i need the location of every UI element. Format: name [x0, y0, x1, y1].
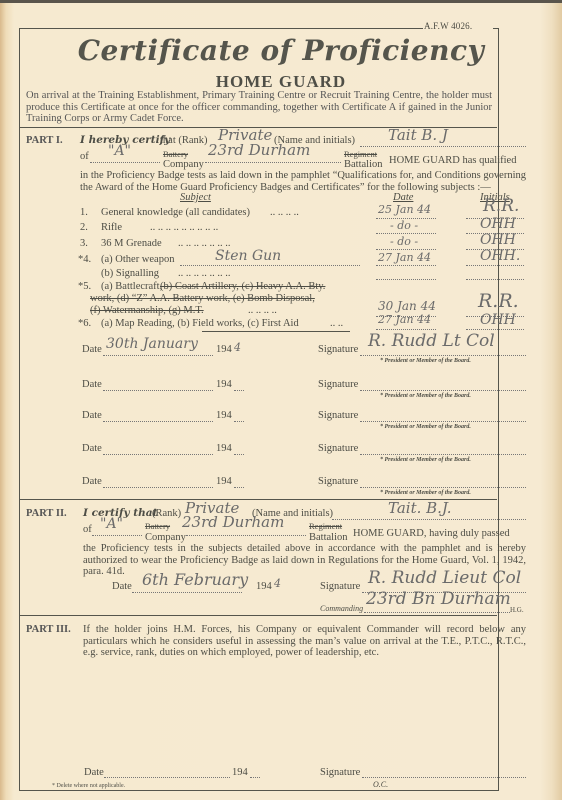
date-line: [376, 279, 436, 280]
subject-num: 3.: [80, 238, 88, 250]
subject-text: (a) Battlecraft,: [101, 281, 162, 293]
part3-year-label: 194: [232, 767, 248, 779]
signature-note: * President or Member of the Board.: [380, 455, 471, 467]
part2-company-label: Company: [145, 532, 186, 544]
year-line: [234, 421, 244, 422]
date-label: Date: [82, 410, 102, 422]
signature-label: Signature: [318, 410, 358, 422]
part3-signature-label: Signature: [320, 767, 360, 779]
part1-name-line: [360, 146, 526, 147]
subject-date[interactable]: 25 Jan 44: [378, 203, 431, 216]
part2-name-value[interactable]: Tait. B.J.: [388, 499, 452, 517]
col-subject: Subject: [180, 192, 211, 204]
part2-battalion-label: Battalion: [309, 532, 348, 544]
date-label: Date: [82, 379, 102, 391]
part2-date-line: [132, 592, 242, 593]
date-line: [376, 329, 436, 330]
subject-num: *5.: [78, 281, 91, 293]
year-label: 194: [216, 410, 232, 422]
part1-battalion-value[interactable]: 23rd Durham: [208, 141, 310, 159]
signature-note: * President or Member of the Board.: [380, 488, 471, 500]
part1-battalion-line: [205, 162, 341, 163]
footnote: * Delete where not applicable.: [52, 781, 125, 793]
subject-text: (a) Other weapon: [101, 254, 174, 266]
part3-body: If the holder joins H.M. Forces, his Com…: [83, 624, 526, 659]
date-line: [103, 355, 213, 356]
part2-battalion-line: [186, 535, 306, 536]
part2-hg: H.G.: [510, 605, 524, 617]
signature-label: Signature: [318, 476, 358, 488]
part2-name-line: [332, 519, 526, 520]
part2-rank-label: (Rank): [152, 508, 181, 520]
part2-regiment: Regiment: [309, 521, 342, 533]
year-suffix[interactable]: 4: [234, 341, 241, 354]
signature-note: * President or Member of the Board.: [380, 422, 471, 434]
other-weapon-value[interactable]: Sten Gun: [215, 248, 281, 264]
subject-struck: (b) Coast Artillery, (c) Heavy A.A. Bty.: [160, 281, 325, 293]
subject-leader: .. .. .. .. .. .. .. .. ..: [150, 222, 218, 234]
date-line: [103, 487, 213, 488]
date-line: [376, 265, 436, 266]
initials-line: [466, 279, 524, 280]
part2-signature-value[interactable]: R. Rudd Lieut Col: [368, 568, 521, 588]
year-line: [234, 390, 244, 391]
signature-label: Signature: [318, 379, 358, 391]
part3-date-label: Date: [84, 767, 104, 779]
part1-company-label: Company: [163, 159, 204, 171]
subject-num: 2.: [80, 222, 88, 234]
subject-initials[interactable]: OHH: [480, 216, 516, 232]
signature-note: * President or Member of the Board.: [380, 391, 471, 403]
scan-edge: [0, 0, 562, 3]
subject-text: (a) Map Reading, (b) Field works, (c) Fi…: [101, 318, 299, 330]
part3-date-line[interactable]: [104, 777, 230, 778]
date-label: Date: [82, 476, 102, 488]
subject-date[interactable]: - do -: [390, 219, 418, 232]
subject-num: *6.: [78, 318, 91, 330]
date-line: [103, 390, 213, 391]
part1-home-guard: HOME GUARD has qualified: [389, 155, 516, 167]
subject-leader: .. ..: [330, 318, 343, 330]
signature-note: * President or Member of the Board.: [380, 356, 471, 368]
subject-date[interactable]: - do -: [390, 235, 418, 248]
frame-top-rule-right: [493, 28, 498, 29]
subject-date[interactable]: 27 Jan 44: [378, 251, 431, 264]
intro-paragraph: On arrival at the Training Establishment…: [26, 90, 492, 125]
subject-num: *4.: [78, 254, 91, 266]
part2-commanding-value[interactable]: 23rd Bn Durham: [366, 589, 511, 609]
subjects-end-rule: [202, 331, 350, 332]
part1-label: PART I.: [26, 135, 63, 146]
col-date: Date: [393, 192, 413, 204]
date-line: [376, 249, 436, 250]
signature-label: Signature: [318, 443, 358, 455]
subject-leader: .. .. .. .. .. .. ..: [178, 268, 231, 280]
part2-of: of: [83, 524, 92, 536]
subject-initials[interactable]: OHH: [480, 312, 516, 328]
part2-year-label: 194: [256, 581, 272, 593]
subject-struck: (f) Watermanship, (g) M.T.: [90, 305, 204, 317]
subject-date[interactable]: 27 Jan 44: [378, 313, 431, 326]
part1-company-line: [90, 162, 160, 163]
part3-label: PART III.: [26, 624, 71, 635]
signature-value[interactable]: R. Rudd Lt Col: [368, 331, 495, 351]
divider-part3: [19, 615, 497, 616]
year-line: [234, 487, 244, 488]
date-label: Date: [82, 344, 102, 356]
part1-company-value[interactable]: "A": [108, 143, 131, 159]
year-line: [234, 454, 244, 455]
part1-rank-label: that (Rank): [160, 135, 208, 147]
part3-oc: O.C.: [373, 779, 388, 791]
subject-text: General knowledge (all candidates): [101, 207, 250, 219]
subject-struck: work, (d) “Z” A.A. Battery work, (e) Bom…: [90, 293, 315, 305]
part2-commanding-line: [364, 612, 510, 613]
frame-top-rule: [19, 28, 423, 29]
part2-company-value[interactable]: "A": [100, 516, 123, 532]
other-weapon-line: [180, 265, 360, 266]
year-label: 194: [216, 443, 232, 455]
signoff-date-value[interactable]: 30th January: [106, 336, 198, 352]
part2-date-value[interactable]: 6th February: [142, 570, 248, 589]
certificate-title: Certificate of Proficiency: [0, 34, 562, 67]
year-label: 194: [216, 379, 232, 391]
year-label: 194: [216, 476, 232, 488]
part3-signature-line[interactable]: [362, 777, 526, 778]
part1-name-value[interactable]: Tait B. J: [388, 126, 448, 144]
initials-line: [466, 329, 524, 330]
part2-date-label: Date: [112, 581, 132, 593]
subject-leader: .. .. .. ..: [270, 207, 299, 219]
part2-signature-label: Signature: [320, 581, 360, 593]
part1-of: of: [80, 151, 89, 163]
subject-initials[interactable]: R.R.: [483, 196, 519, 216]
part3-notes-area[interactable]: [26, 662, 492, 762]
signature-label: Signature: [318, 344, 358, 356]
part3-year-line: [250, 777, 260, 778]
date-line: [103, 454, 213, 455]
initials-line: [466, 265, 524, 266]
part2-label: PART II.: [26, 508, 67, 519]
part2-home-guard: HOME GUARD, having duly passed: [353, 528, 510, 540]
part1-battalion-label: Battalion: [344, 159, 383, 171]
subject-date[interactable]: 30 Jan 44: [378, 299, 436, 313]
subject-text: 36 M Grenade: [101, 238, 162, 250]
part2-battery: Battery: [145, 521, 170, 533]
subject-text: Rifle: [101, 222, 122, 234]
subject-text: (b) Signalling: [101, 268, 159, 280]
part2-commanding-label: Commanding: [320, 603, 363, 615]
date-label: Date: [82, 443, 102, 455]
date-line: [376, 233, 436, 234]
part2-year-suffix[interactable]: 4: [274, 577, 281, 590]
part1-body: in the Proficiency Badge tests as laid d…: [80, 170, 526, 193]
certificate-subtitle: HOME GUARD: [0, 72, 562, 92]
year-label: 194: [216, 344, 232, 356]
subject-leader: .. .. .. ..: [248, 305, 277, 317]
subject-initials[interactable]: R.R.: [478, 290, 519, 312]
part2-company-line: [92, 535, 142, 536]
part2-battalion-value[interactable]: 23rd Durham: [182, 513, 284, 531]
subject-initials[interactable]: OHH.: [480, 248, 520, 264]
subject-num: 1.: [80, 207, 88, 219]
form-code: A.F.W 4026.: [424, 21, 472, 31]
date-line: [103, 421, 213, 422]
subject-initials[interactable]: OHH: [480, 232, 516, 248]
